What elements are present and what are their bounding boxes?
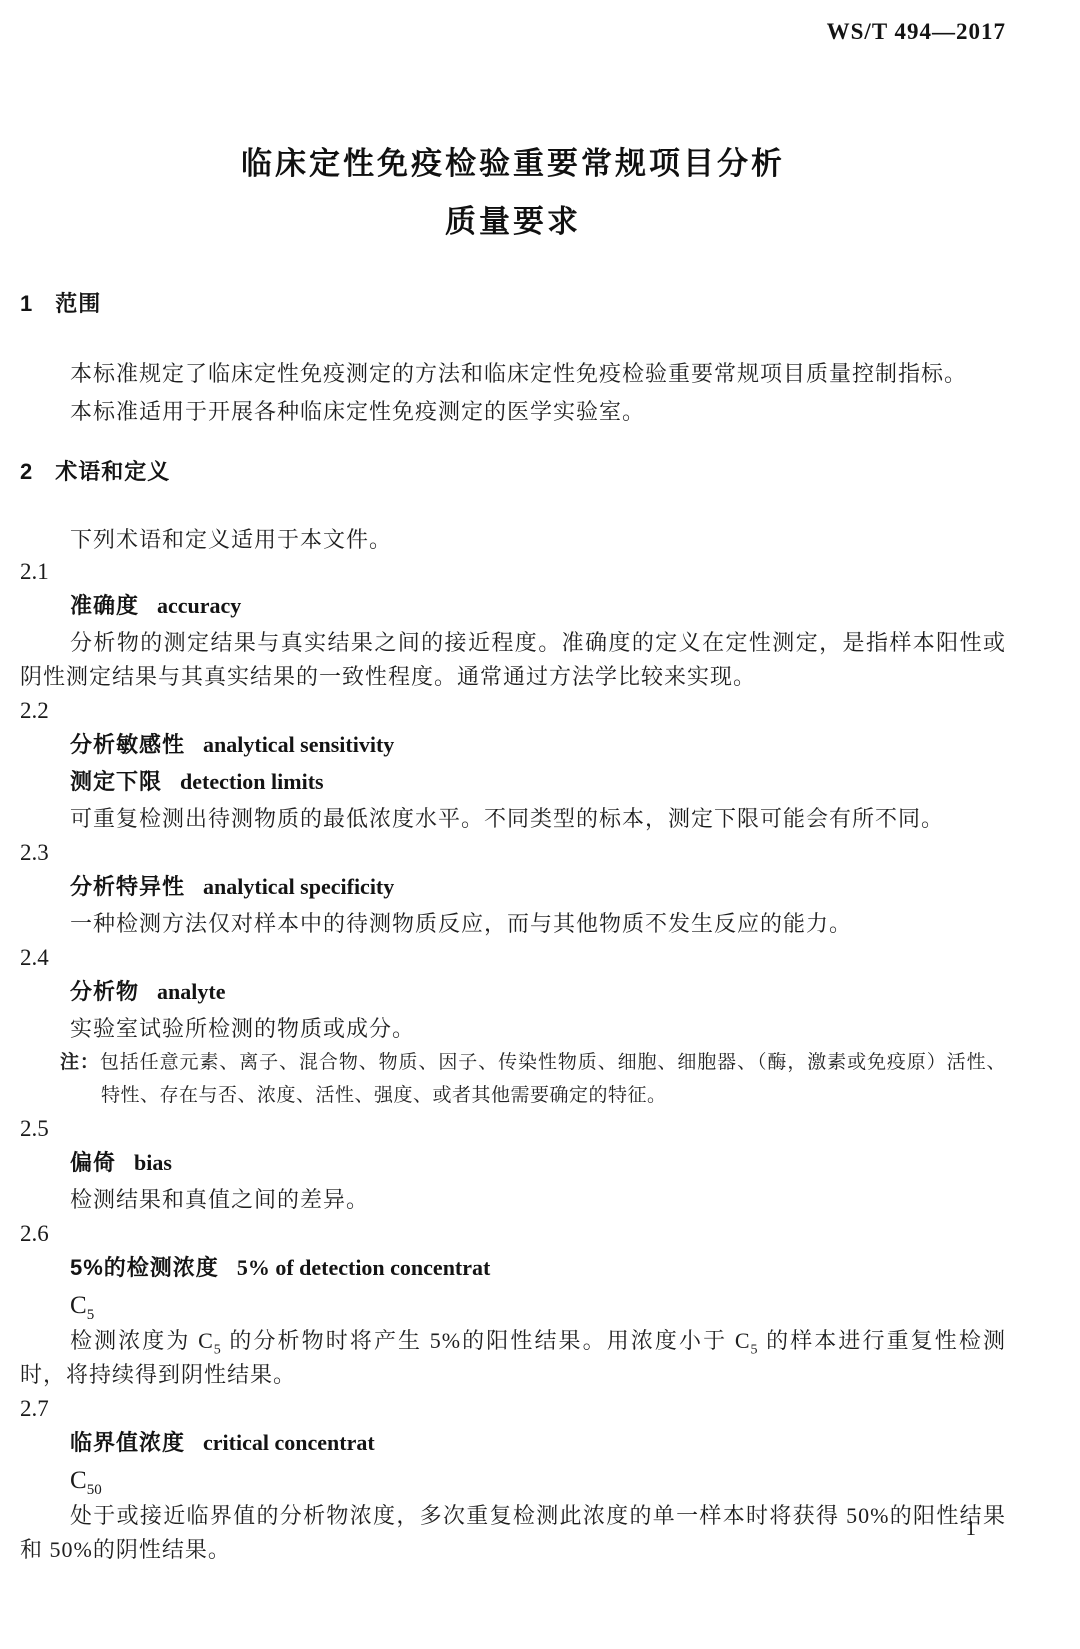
term-number: 2.7	[20, 1392, 1006, 1426]
term-name: 准确度accuracy	[70, 589, 1006, 626]
term-symbol-c5: C5	[70, 1288, 1006, 1324]
term-note: 注：包括任意元素、离子、混合物、物质、因子、传染性物质、细胞、细胞器、（酶，激素…	[20, 1046, 1006, 1112]
term-2-3: 2.3 分析特异性analytical specificity 一种检测方法仅对…	[20, 836, 1006, 941]
title-line-1: 临床定性免疫检验重要常规项目分析	[20, 135, 1006, 193]
term-definition: 检测浓度为 C5 的分析物时将产生 5%的阳性结果。用浓度小于 C5 的样本进行…	[20, 1324, 1006, 1392]
terms-intro: 下列术语和定义适用于本文件。	[20, 525, 1006, 555]
term-2-7: 2.7 临界值浓度critical concentrat C50 处于或接近临界…	[20, 1392, 1006, 1567]
term-name-zh: 临界值浓度	[70, 1430, 185, 1455]
term-definition: 分析物的测定结果与真实结果之间的接近程度。准确度的定义在定性测定，是指样本阳性或…	[20, 626, 1006, 694]
term-number: 2.3	[20, 836, 1006, 870]
term-name-zh: 5%的检测浓度	[70, 1255, 219, 1280]
term-name-en: bias	[134, 1150, 172, 1175]
term-name: 分析敏感性analytical sensitivity	[70, 728, 1006, 765]
term-name-en: detection limits	[180, 769, 324, 794]
term-name: 分析物analyte	[70, 975, 1006, 1012]
term-2-1: 2.1 准确度accuracy 分析物的测定结果与真实结果之间的接近程度。准确度…	[20, 555, 1006, 694]
term-number: 2.1	[20, 555, 1006, 589]
standard-number: WS/T 494—2017	[827, 19, 1006, 44]
term-definition: 可重复检测出待测物质的最低浓度水平。不同类型的标本，测定下限可能会有所不同。	[20, 802, 1006, 836]
term-2-5: 2.5 偏倚bias 检测结果和真值之间的差异。	[20, 1112, 1006, 1217]
term-number: 2.5	[20, 1112, 1006, 1146]
term-name-zh: 分析特异性	[70, 874, 185, 899]
term-name: 分析特异性analytical specificity	[70, 870, 1006, 907]
term-name-en: 5% of detection concentrat	[237, 1255, 491, 1280]
section-scope-number: 1	[20, 289, 33, 319]
term-number: 2.2	[20, 694, 1006, 728]
scope-paragraph-1: 本标准规定了临床定性免疫测定的方法和临床定性免疫检验重要常规项目质量控制指标。	[20, 355, 1006, 393]
section-terms-title: 术语和定义	[55, 459, 170, 484]
term-name-zh: 分析物	[70, 979, 139, 1004]
term-2-6: 2.6 5%的检测浓度5% of detection concentrat C5…	[20, 1217, 1006, 1392]
symbol-base: C	[70, 1292, 87, 1319]
term-name: 测定下限detection limits	[70, 765, 1006, 802]
document-header: WS/T 494—2017	[20, 18, 1006, 49]
term-name-zh: 分析敏感性	[70, 732, 185, 757]
term-name-en: critical concentrat	[203, 1430, 375, 1455]
term-number: 2.6	[20, 1217, 1006, 1251]
title-line-2: 质量要求	[20, 193, 1006, 251]
symbol-subscript: 50	[87, 1482, 102, 1498]
term-2-2: 2.2 分析敏感性analytical sensitivity 测定下限dete…	[20, 694, 1006, 836]
term-name-zh: 偏倚	[70, 1150, 116, 1175]
terms-list: 2.1 准确度accuracy 分析物的测定结果与真实结果之间的接近程度。准确度…	[20, 555, 1006, 1567]
document-page: WS/T 494—2017 临床定性免疫检验重要常规项目分析 质量要求 1范围 …	[0, 0, 1080, 1649]
term-definition: 实验室试验所检测的物质或成分。	[20, 1012, 1006, 1046]
term-definition: 检测结果和真值之间的差异。	[20, 1183, 1006, 1217]
section-scope-title: 范围	[55, 291, 101, 316]
term-name-zh: 准确度	[70, 593, 139, 618]
term-name-en: analyte	[157, 979, 225, 1004]
term-name-en: analytical specificity	[203, 874, 394, 899]
term-2-4: 2.4 分析物analyte 实验室试验所检测的物质或成分。 注：包括任意元素、…	[20, 941, 1006, 1112]
term-name: 临界值浓度critical concentrat	[70, 1426, 1006, 1463]
term-name-en: accuracy	[157, 593, 241, 618]
term-definition: 一种检测方法仅对样本中的待测物质反应，而与其他物质不发生反应的能力。	[20, 907, 1006, 941]
term-name: 偏倚bias	[70, 1146, 1006, 1183]
section-terms-number: 2	[20, 457, 33, 487]
document-title: 临床定性免疫检验重要常规项目分析 质量要求	[20, 135, 1006, 251]
term-name: 5%的检测浓度5% of detection concentrat	[70, 1251, 1006, 1288]
page-number: 1	[966, 1516, 977, 1541]
note-label: 注：	[60, 1052, 100, 1073]
term-name-en: analytical sensitivity	[203, 732, 394, 757]
term-definition: 处于或接近临界值的分析物浓度，多次重复检测此浓度的单一样本时将获得 50%的阳性…	[20, 1499, 1006, 1567]
scope-paragraph-2: 本标准适用于开展各种临床定性免疫测定的医学实验室。	[20, 393, 1006, 431]
symbol-subscript: 5	[87, 1307, 95, 1323]
section-terms-heading: 2术语和定义	[20, 457, 1006, 487]
term-name-zh: 测定下限	[70, 769, 162, 794]
section-scope-heading: 1范围	[20, 289, 1006, 319]
term-number: 2.4	[20, 941, 1006, 975]
symbol-base: C	[70, 1467, 87, 1494]
term-symbol-c50: C50	[70, 1463, 1006, 1499]
note-text: 包括任意元素、离子、混合物、物质、因子、传染性物质、细胞、细胞器、（酶，激素或免…	[100, 1052, 1006, 1106]
